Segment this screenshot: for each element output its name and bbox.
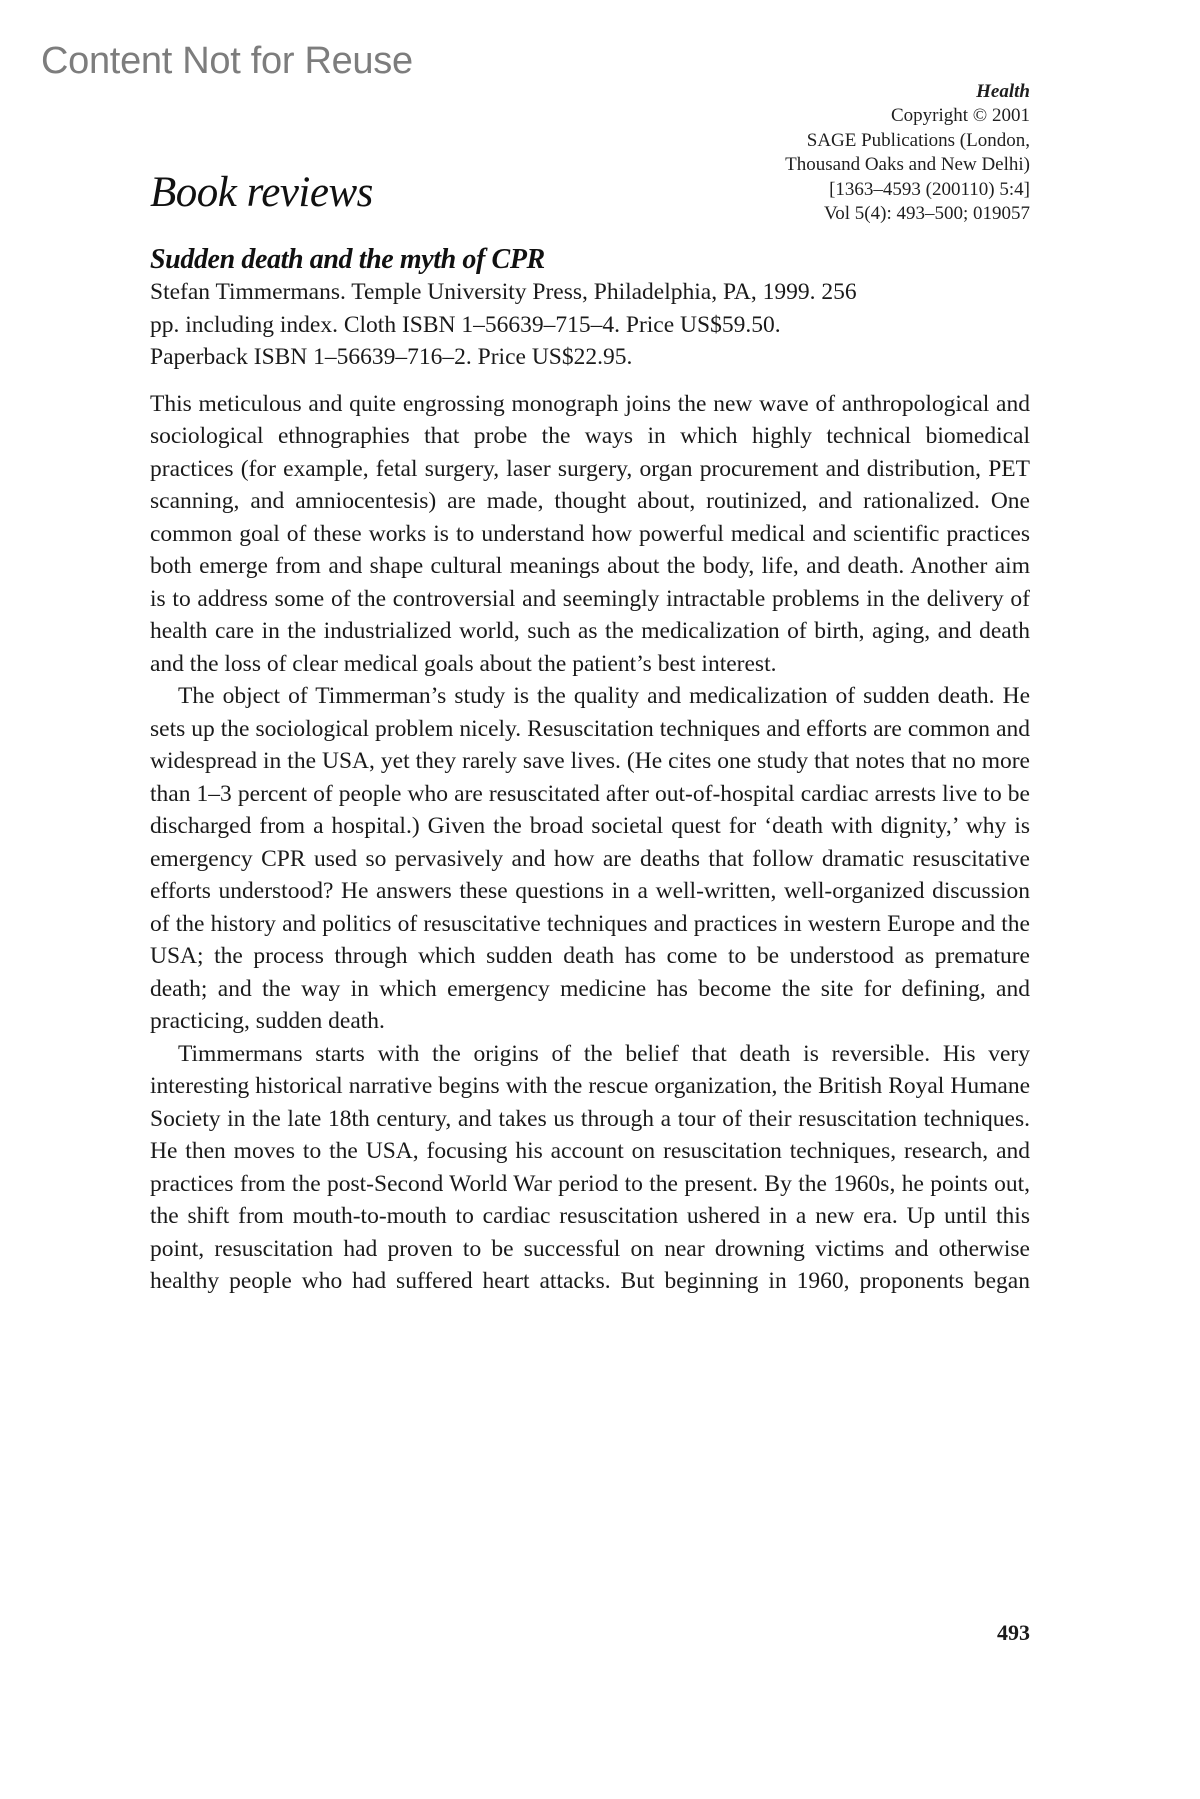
book-citation: Stefan Timmermans. Temple University Pre… — [150, 276, 1030, 374]
journal-name: Health — [785, 80, 1030, 104]
copyright-line: Copyright © 2001 — [785, 104, 1030, 128]
citation-line: Paperback ISBN 1–56639–716–2. Price US$2… — [150, 341, 1030, 374]
publisher-locations-line: Thousand Oaks and New Delhi) — [785, 153, 1030, 177]
citation-line: pp. including index. Cloth ISBN 1–56639–… — [150, 309, 1030, 342]
citation-line: Stefan Timmermans. Temple University Pre… — [150, 276, 1030, 309]
journal-info: Health Copyright © 2001 SAGE Publication… — [785, 80, 1030, 226]
review-body: This meticulous and quite engrossing mon… — [150, 388, 1030, 1298]
review-paragraph: Timmermans starts with the origins of th… — [150, 1038, 1030, 1298]
review-paragraph: This meticulous and quite engrossing mon… — [150, 388, 1030, 681]
section-title: Book reviews — [150, 168, 373, 217]
book-title: Sudden death and the myth of CPR — [150, 244, 1030, 276]
book-review: Sudden death and the myth of CPR Stefan … — [150, 244, 1030, 1298]
publisher-line: SAGE Publications (London, — [785, 129, 1030, 153]
volume-line: Vol 5(4): 493–500; 019057 — [785, 202, 1030, 226]
watermark: Content Not for Reuse — [41, 40, 413, 83]
review-paragraph: The object of Timmerman’s study is the q… — [150, 680, 1030, 1038]
page-number: 493 — [997, 1620, 1030, 1646]
issn-line: [1363–4593 (200110) 5:4] — [785, 178, 1030, 202]
